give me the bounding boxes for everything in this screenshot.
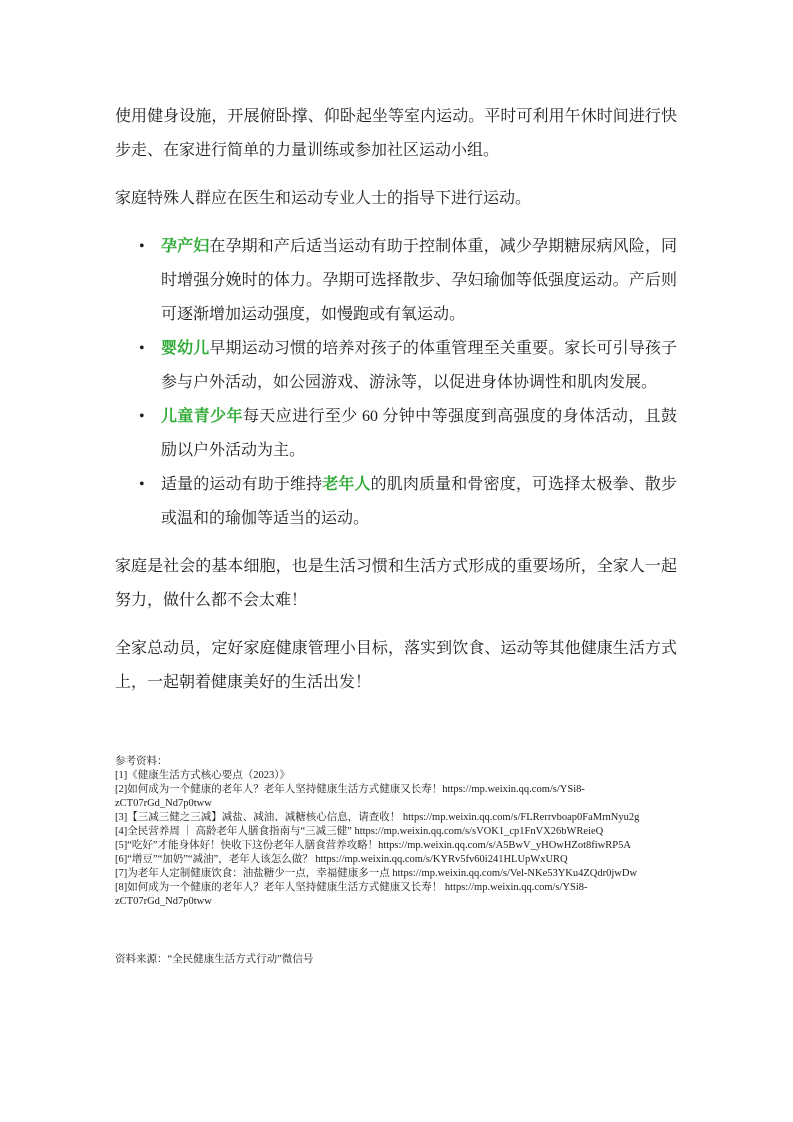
bullet-item-infants: • 婴幼儿早期运动习惯的培养对孩子的体重管理至关重要。家长可引导孩子参与户外活动… (115, 332, 677, 400)
reference-item-2: [2]如何成为一个健康的老年人？老年人坚持健康生活方式健康又长寿！https:/… (115, 783, 677, 811)
reference-item-6: [6]“增豆”“加奶”“减油”，老年人该怎么做？ https://mp.weix… (115, 853, 677, 867)
reference-item-1: [1]《健康生活方式核心要点（2023）》 (115, 769, 677, 783)
bullet-text-post: 在孕期和产后适当运动有助于控制体重，减少孕期糖尿病风险，同时增强分娩时的体力。孕… (161, 238, 677, 323)
bullet-item-children-teens: • 儿童青少年每天应进行至少 60 分钟中等强度到高强度的身体活动，且鼓励以户外… (115, 400, 677, 468)
highlight-term-infants: 婴幼儿 (161, 340, 209, 357)
paragraph-family-cell: 家庭是社会的基本细胞，也是生活习惯和生活方式形成的重要场所，全家人一起努力，做什… (115, 550, 677, 618)
bullet-text-pre: 适量的运动有助于维持 (161, 476, 322, 493)
bullet-icon: • (139, 230, 145, 264)
paragraph-family-mobilization: 全家总动员，定好家庭健康管理小目标，落实到饮食、运动等其他健康生活方式上，一起朝… (115, 632, 677, 700)
reference-item-4: [4]全民营养周 ｜ 高龄老年人膳食指南与“三减三健” https://mp.w… (115, 825, 677, 839)
reference-item-5: [5]“吃好”才能身体好！快收下这份老年人膳食营养攻略！https://mp.w… (115, 839, 677, 853)
reference-item-8: [8]如何成为一个健康的老年人？老年人坚持健康生活方式健康又长寿！ https:… (115, 881, 677, 909)
bullet-icon: • (139, 332, 145, 366)
paragraph-special-groups: 家庭特殊人群应在医生和运动专业人士的指导下进行运动。 (115, 182, 677, 216)
bullet-text-post: 早期运动习惯的培养对孩子的体重管理至关重要。家长可引导孩子参与户外活动，如公园游… (161, 340, 677, 391)
highlight-term-children-teens: 儿童青少年 (161, 408, 243, 425)
document-page: 使用健身设施，开展俯卧撑、仰卧起坐等室内运动。平时可利用午休时间进行快步走、在家… (0, 0, 793, 1122)
highlight-term-elderly: 老年人 (322, 476, 370, 493)
reference-item-7: [7]为老年人定制健康饮食：油盐糖少一点，幸福健康多一点 https://mp.… (115, 867, 677, 881)
references-section: 参考资料： [1]《健康生活方式核心要点（2023）》 [2]如何成为一个健康的… (115, 755, 677, 909)
highlight-term-pregnant-women: 孕产妇 (161, 238, 209, 255)
reference-item-3: [3]【三减三健之三减】减盐、减油、减糖核心信息，请查收！ https://mp… (115, 811, 677, 825)
document-body: 使用健身设施，开展俯卧撑、仰卧起坐等室内运动。平时可利用午休时间进行快步走、在家… (115, 100, 677, 967)
source-line: 资料来源：“全民健康生活方式行动”微信号 (115, 953, 677, 967)
bullet-item-elderly: • 适量的运动有助于维持老年人的肌肉质量和骨密度，可选择太极拳、散步或温和的瑜伽… (115, 468, 677, 536)
bullet-list: • 孕产妇在孕期和产后适当运动有助于控制体重，减少孕期糖尿病风险，同时增强分娩时… (115, 230, 677, 536)
bullet-icon: • (139, 468, 145, 502)
bullet-icon: • (139, 400, 145, 434)
paragraph-indoor-exercise: 使用健身设施，开展俯卧撑、仰卧起坐等室内运动。平时可利用午休时间进行快步走、在家… (115, 100, 677, 168)
references-title: 参考资料： (115, 755, 677, 769)
bullet-item-pregnant-women: • 孕产妇在孕期和产后适当运动有助于控制体重，减少孕期糖尿病风险，同时增强分娩时… (115, 230, 677, 332)
